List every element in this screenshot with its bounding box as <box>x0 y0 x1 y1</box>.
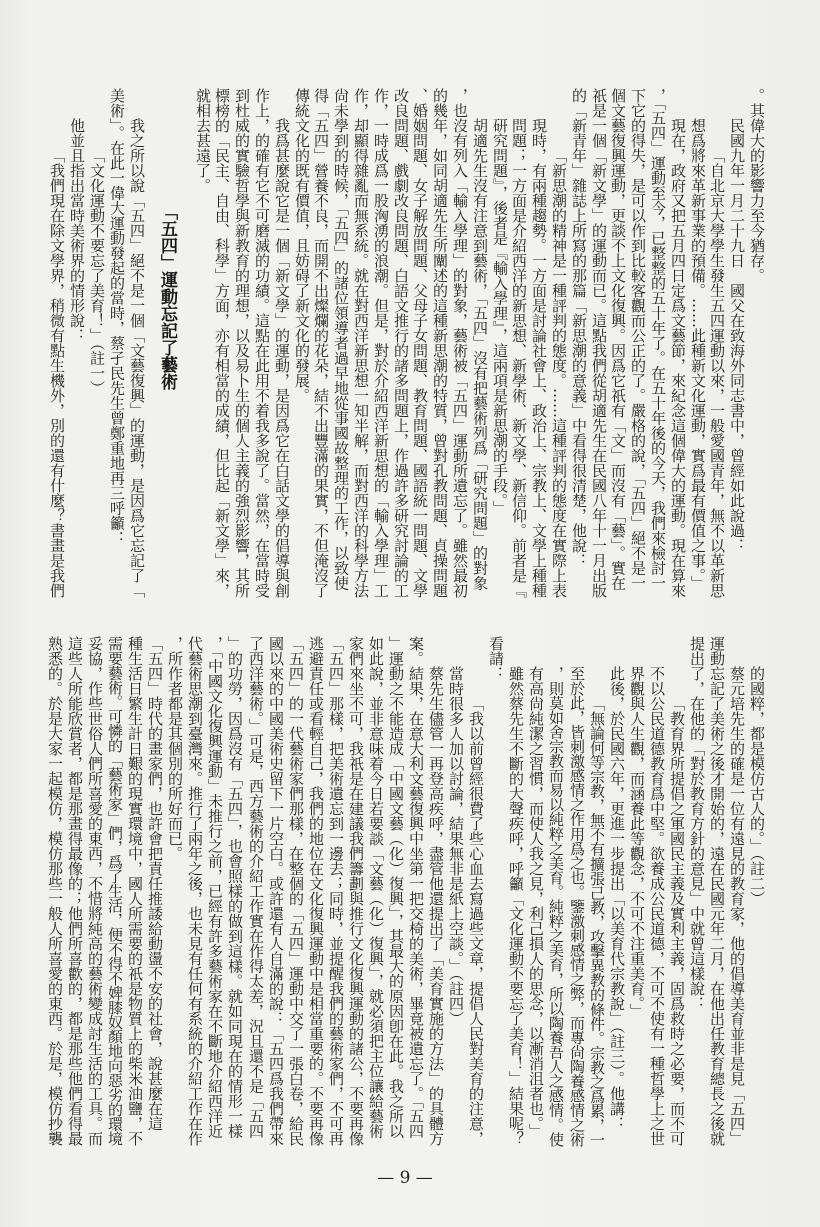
text-column: 種生活日繁生計日艱的現實環境中，國人所需要的祇是物質上的柴米油鹽，不 <box>126 636 144 1146</box>
text-column: 「自北京大學學生發生五四運動以來，一般愛國青年，無不以革新思 <box>708 148 726 598</box>
page-number: — 9 — <box>0 1168 810 1188</box>
text-column: 「五四」那樣，把美術遺忘到一邊去；同時，並提醒我們的藝術家們，不可再 <box>327 636 345 1146</box>
text-column: 研究問題』，後者是『輸入學理』，這兩項是新思潮的手段。」 <box>491 118 509 516</box>
text-column: 、婚姻問題、女子解放問題、父母子女問題、教育問題、國語統一問題、文學 <box>411 88 429 598</box>
text-column: 的「新青年」雜誌上所寫的那篇「新思潮的意義」中看得很清楚，他說： <box>570 88 588 568</box>
text-column: 「五四」時代的畫家們，也許會把責任推諉給動盪不安的社會，說甚麼在這 <box>146 636 164 1131</box>
text-column: 」運動之不能造成「中國文藝（化）復興」，其最大的原因卽在此。我之所以 <box>387 636 405 1139</box>
text-column: 此後，於民國六年，更進一步提出「以美育代宗教說」（註三）。他講： <box>608 666 626 1131</box>
text-column: 了西洋藝術。」可是，西方藝術的介紹工作實在作得太差，況且還不是「五四 <box>247 636 265 1139</box>
text-column: 當時很多人加以討論，結果無非是紙上空談。」（註四） <box>447 666 465 1026</box>
text-column: 胡適先生沒有注意到藝術，「五四」沒有把藝術列爲「研究問題」的對象 <box>471 118 489 591</box>
text-column: 「五四」的一代藝術家們那樣，在整個的「五四」運動中交了一張白卷，給民 <box>287 636 305 1146</box>
text-column: 需要藝術。可憐的「藝術家」們，爲了生活，便不得不婢膝奴顏地向惡劣的環境 <box>106 636 124 1145</box>
text-column: 提出了，在他的「對於教育方針的意見」中就曾這樣說： <box>688 636 706 1011</box>
text-column: 有高尙純潔之習慣，而使人我之見，利己損人的思念，以漸消沮者也。」 <box>527 666 545 1139</box>
text-column: 「我們現在除文學界，稍微有點生機外，別的還有什麼？書畫是我們 <box>48 148 66 598</box>
text-column: 現時，有兩種趨勢。一方面是討論社會上、政治上、宗教上、文學上種種 <box>530 118 548 598</box>
text-column: 標榜的「民主、自由、科學」方面，亦有相當的成績，但比起「新文學」來， <box>213 88 231 598</box>
text-column: ，則莫如舍宗教而易以純粹之美育。純粹之美育，所以陶養吾人之感情。使 <box>547 666 565 1146</box>
text-column: 到杜威的實驗哲學與新教育的理想，以及易卜生的個人主義的強烈影響，其所 <box>233 88 251 598</box>
text-column: 作，却顯得雜亂而無系統。就在對西洋新思想一知半解，而對西洋的科學方法 <box>352 88 370 598</box>
text-column: 熟悉的。於是大家一起模仿，模仿那些一般人所喜愛的東西。於是，模仿抄襲 <box>46 636 64 1146</box>
text-column: 問題；一方面是介紹西洋的新思想、新學術、新文學、新信仰。前者是『 <box>510 118 528 598</box>
text-column: 國以來的中國美術史留下一片空白。或許還有人自滿的說：「五四爲我們帶來 <box>267 636 285 1146</box>
text-column: 祇是一個「新文學」的運動而已。這點我們從胡適先生在民國八年十一月出版 <box>590 88 608 598</box>
text-column: 尙未學到的時候，「五四」的諸位領導者過早地從事國故整理的工作，以致使 <box>332 88 350 591</box>
text-column: ，「五四」運動至今，已整整的五十年了。在五十年後的今天，我們來檢討一 <box>649 88 667 591</box>
text-column: 「文化運動不要忘了美育！」（註一） <box>88 148 106 396</box>
text-column: 美術」。在此一偉大運動發起的當時，蔡孑民先生曾鄭重地再三呼籲： <box>108 88 126 546</box>
text-column: 他並且指出當時美術界的情形說： <box>68 118 86 343</box>
text-column: 的幾年，如同胡適先生所闡述的這種新思潮的特質，曾對孔教問題、貞操問題 <box>431 88 449 598</box>
text-column: 「我以前曾經很費了些心血去寫過些文章，提倡人民對美育的注意， <box>467 696 485 1146</box>
text-column: 如此說，並非意味着今日若要談「文藝（化）復興」，就必須把主位讓給藝術 <box>367 636 385 1139</box>
text-column: 至於此，皆刺激感情之作用爲之也。鑒激刺感情之弊，而專尙陶養感情之術 <box>568 666 586 1146</box>
text-column: 」的功勞，因爲沒有「五四」，也會照樣的做到這樣。就如同現在的情形一樣 <box>226 636 244 1139</box>
section-heading: 「五四」運動忘記了藝術 <box>157 203 177 390</box>
text-column: 得「五四」營養不良，而開不出燦爛的花朵，結不出豐滿的果實，不但淹沒了 <box>312 88 330 598</box>
text-column: 「新思潮的精神是一種評判的態度。……這種評判的態度在實際上表 <box>550 148 568 598</box>
text-column: 改良問題、戲劇改良問題、白語文推行的諸多問題上，作過許多研究討論的工 <box>392 88 410 598</box>
text-column: 這些人所能欣賞者，都是那畫得最像的；他們所喜歡的，都是那些他們看得最 <box>66 636 84 1146</box>
text-column: 現在，政府又把五月四日定爲文藝節，來紀念這個偉大的運動。現在算來 <box>669 118 687 598</box>
text-column: 就相去甚遠了。 <box>194 88 212 193</box>
text-column: 妥協，作些世俗人們所喜愛的東西，不惜將純高的藝術變成討生活的工具。而 <box>86 636 104 1146</box>
text-column: 的國粹，都是模仿古人的。」（註二） <box>748 666 766 906</box>
text-column: 代藝術思潮到臺灣來。推行了兩年之後，也未見有任何有系統的介紹工作在作 <box>186 636 204 1146</box>
text-column: 看請： <box>487 636 505 681</box>
text-column: 我爲甚麼說它是一個「新文學」的運動，是因爲它在白話文學的倡導與創 <box>273 118 291 598</box>
text-column: 個文藝復興運動，更談不上文化復興。因爲它祇有「文」而沒有「藝」。實在 <box>609 88 627 591</box>
text-column: ，「中國文化復興運動」未推行之前，已經有許多藝術家在不斷地介紹西洋近 <box>206 636 224 1139</box>
text-column: 想爲將來革新事業的預備。……此種新文化運動，實爲最有價值之事。」 <box>689 118 707 591</box>
text-column: 作上，的確有它不可磨滅的功績。這點在此用不着我多說了。當然，在當時受 <box>253 88 271 598</box>
text-column: 案。結果，在意大利文藝復興中坐第一把交椅的美術，畢竟被遺忘了。「五四 <box>407 636 425 1139</box>
text-column: 「無論何等宗教，無不有擴張己教，攻擊異教的條件。宗教之爲累，一 <box>588 696 606 1147</box>
text-column: 家們來坐不可，我祇是在建議我們籌劃與推行文化復興運動的諸公，不要再像 <box>347 636 365 1146</box>
text-column: 運動忘記了美術之後才開始的，遠在民國元年二月，在他出任教育總長之後就 <box>708 636 726 1146</box>
text-column: 「教育界所提倡之軍國民主義及實利主義，固爲救時之必要，而不可 <box>668 696 686 1146</box>
text-column: 民國九年一月二十九日 國父在致海外同志書中，曾經如此說過： <box>728 118 746 553</box>
text-column: 作，一時成爲一股洶湧的浪潮。但是，對於介紹西洋新思想的「輸入學理」工 <box>372 88 390 598</box>
text-column: 蔡元培先生的確是一位有遠見的教育家，他的倡導美育並非是見「五四」 <box>728 666 746 1146</box>
text-column: 。其偉大的影響力至今猶存。 <box>748 88 766 283</box>
text-column: 不以公民道德教育爲中堅。欲養成公民道德，不可不使有一種哲學上之世 <box>648 666 666 1146</box>
text-column: 下它的得失，是可以作到比較客觀而公正的了。嚴格的說，「五四」絕不是一 <box>629 88 647 591</box>
text-column: 傳統文化的既有價值，且妨碍了新文化的發展。 <box>293 88 311 403</box>
text-column: ，也沒有列入「輸入學理」的對象，藝術被「五四」運動所遺忘了。雖然最初 <box>451 88 469 598</box>
text-column: 我之所以說「五四」絕不是一個「文藝復興」的運動，是因爲它忘記了「 <box>128 118 146 598</box>
document-page: 。其偉大的影響力至今猶存。 民國九年一月二十九日 國父在致海外同志書中，曾經如此… <box>0 0 820 1227</box>
text-column: 逃避責任或看輕自己，我們的地位在文化復興運動中是相當重要的。不要再像 <box>307 636 325 1146</box>
text-column: 界觀與人生觀，而涵養此等觀念，不可不注重美育。」 <box>628 666 646 1019</box>
text-column: ，所作者都是其個別的所好而已。 <box>166 636 184 861</box>
text-column: 蔡先生儘管一再登高疾呼，盡管他還提出了「美育實施的方法」的具體方 <box>427 666 445 1146</box>
text-column: 雖然蔡先生不斷的大聲疾呼，呼籲「文化運動不要忘了美育！」結果呢？ <box>507 666 525 1146</box>
